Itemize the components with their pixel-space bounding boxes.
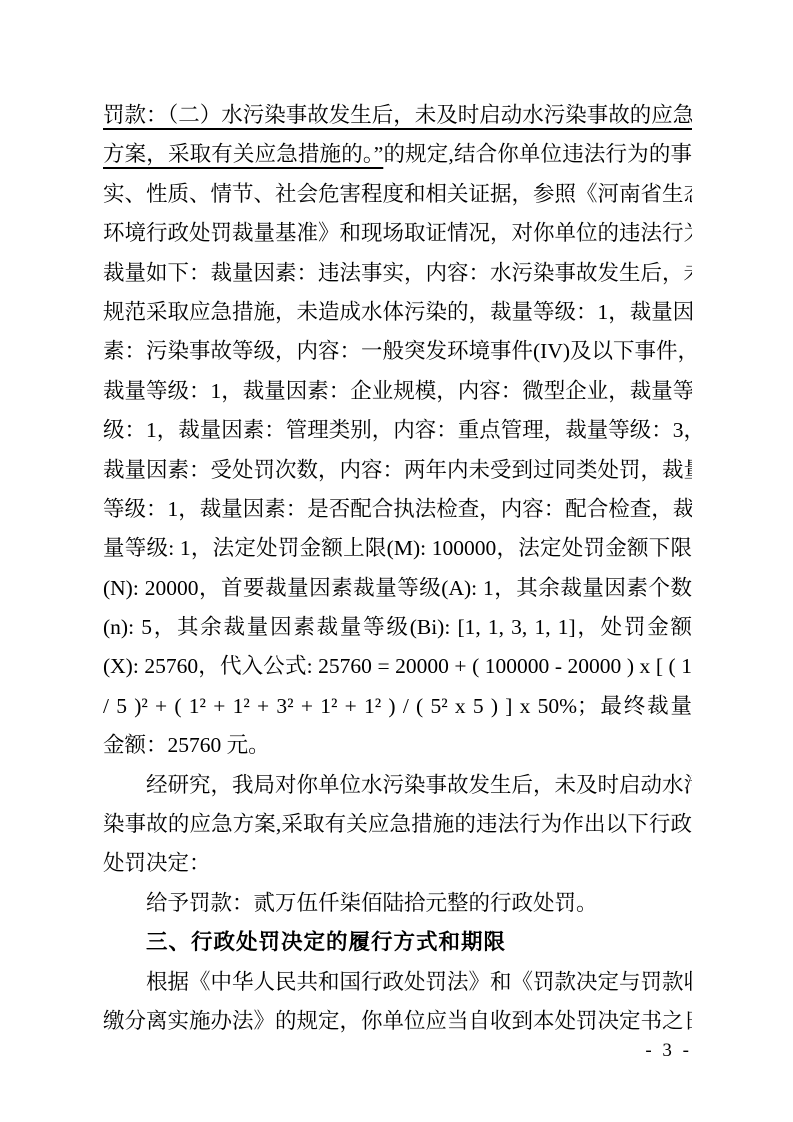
text-line: 缴分离实施办法》的规定，你单位应当自收到本处罚决定书之日: [103, 1002, 692, 1041]
text-line: 染事故的应急方案,采取有关应急措施的违法行为作出以下行政: [103, 805, 692, 844]
document-page: 罚款：（二）水污染事故发生后，未及时启动水污染事故的应急 方案，采取有关应急措施…: [0, 0, 793, 1122]
body-text: 量等级: 1，法定处罚金额上限(M): 100000，法定处罚金额下限: [103, 536, 692, 560]
body-text: 裁量等级：1，裁量因素：企业规模，内容：微型企业，裁量等: [103, 379, 692, 403]
body-text: 等级：1，裁量因素：是否配合执法检查，内容：配合检查，裁: [103, 497, 692, 521]
text-line: 裁量等级：1，裁量因素：企业规模，内容：微型企业，裁量等: [103, 372, 692, 411]
text-line: 金额：25760 元。: [103, 726, 692, 765]
text-line: 量等级: 1，法定处罚金额上限(M): 100000，法定处罚金额下限: [103, 529, 692, 568]
text-line: 等级：1，裁量因素：是否配合执法检查，内容：配合检查，裁: [103, 490, 692, 529]
text-line: 环境行政处罚裁量基准》和现场取证情况，对你单位的违法行为: [103, 214, 692, 253]
text-line: 规范采取应急措施，未造成水体污染的，裁量等级：1，裁量因: [103, 293, 692, 332]
body-text: 裁量因素：受处罚次数，内容：两年内未受到过同类处罚，裁量: [103, 458, 692, 482]
body-text: 素：污染事故等级，内容：一般突发环境事件(IV)及以下事件，: [103, 339, 692, 363]
body-text: (n): 5，其余裁量因素裁量等级(Bi): [1, 1, 3, 1, 1]，处…: [103, 615, 692, 639]
section-heading: 三、行政处罚决定的履行方式和期限: [103, 923, 692, 962]
text-line: 级：1，裁量因素：管理类别，内容：重点管理，裁量等级：3，: [103, 411, 692, 450]
penalty-amount-text: 给予罚款：贰万伍仟柒佰陆拾元整的行政处罚。: [146, 891, 598, 915]
formula-text: / 5 )² + ( 1² + 1² + 3² + 1² + 1² ) / ( …: [103, 694, 692, 718]
page-number: - 3 -: [645, 1040, 692, 1062]
text-line: 根据《中华人民共和国行政处罚法》和《罚款决定与罚款收: [103, 963, 692, 1002]
text-line: 素：污染事故等级，内容：一般突发环境事件(IV)及以下事件，: [103, 332, 692, 371]
body-text: 裁量如下：裁量因素：违法事实，内容：水污染事故发生后，未: [103, 261, 692, 285]
body-text: 经研究，我局对你单位水污染事故发生后，未及时启动水污: [146, 773, 692, 797]
document-body: 罚款：（二）水污染事故发生后，未及时启动水污染事故的应急 方案，采取有关应急措施…: [103, 96, 692, 1041]
body-text: 的规定,结合你单位违法行为的事: [383, 142, 692, 166]
body-text: 级：1，裁量因素：管理类别，内容：重点管理，裁量等级：3，: [103, 418, 692, 442]
body-text: 环境行政处罚裁量基准》和现场取证情况，对你单位的违法行为: [103, 221, 692, 245]
body-text: 规范采取应急措施，未造成水体污染的，裁量等级：1，裁量因: [103, 300, 692, 324]
formula-text: (X): 25760，代入公式: 25760 = 20000 + ( 10000…: [103, 654, 692, 678]
text-line: 裁量因素：受处罚次数，内容：两年内未受到过同类处罚，裁量: [103, 451, 692, 490]
text-line: 裁量如下：裁量因素：违法事实，内容：水污染事故发生后，未: [103, 254, 692, 293]
body-text: 染事故的应急方案,采取有关应急措施的违法行为作出以下行政: [103, 812, 692, 836]
section-heading-text: 三、行政处罚决定的履行方式和期限: [146, 930, 506, 954]
final-amount-text: 金额：25760 元。: [103, 733, 270, 757]
text-line: (n): 5，其余裁量因素裁量等级(Bi): [1, 1, 3, 1, 1]，处…: [103, 608, 692, 647]
text-line: 罚款：（二）水污染事故发生后，未及时启动水污染事故的应急: [103, 96, 692, 135]
body-text: 缴分离实施办法》的规定，你单位应当自收到本处罚决定书之日: [103, 1009, 692, 1033]
body-text: (N): 20000，首要裁量因素裁量等级(A): 1，其余裁量因素个数: [103, 576, 692, 600]
body-text: 根据《中华人民共和国行政处罚法》和《罚款决定与罚款收: [146, 970, 692, 994]
text-line: 处罚决定：: [103, 844, 692, 883]
underlined-statute-text: 方案，采取有关应急措施的。”: [103, 142, 383, 166]
text-line: 实、性质、情节、社会危害程度和相关证据，参照《河南省生态: [103, 175, 692, 214]
text-line: / 5 )² + ( 1² + 1² + 3² + 1² + 1² ) / ( …: [103, 687, 692, 726]
text-line: 方案，采取有关应急措施的。”的规定,结合你单位违法行为的事: [103, 135, 692, 174]
text-line: 给予罚款：贰万伍仟柒佰陆拾元整的行政处罚。: [103, 884, 692, 923]
underlined-statute-text: 罚款：（二）水污染事故发生后，未及时启动水污染事故的应急: [103, 103, 692, 127]
body-text: 处罚决定：: [103, 851, 211, 875]
text-line: 经研究，我局对你单位水污染事故发生后，未及时启动水污: [103, 766, 692, 805]
text-line: (X): 25760，代入公式: 25760 = 20000 + ( 10000…: [103, 647, 692, 686]
body-text: 实、性质、情节、社会危害程度和相关证据，参照《河南省生态: [103, 182, 692, 206]
text-line: (N): 20000，首要裁量因素裁量等级(A): 1，其余裁量因素个数: [103, 569, 692, 608]
